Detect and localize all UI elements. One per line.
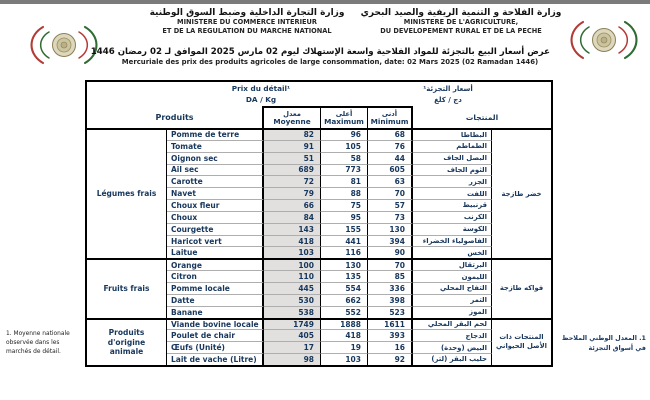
price-average: 98 <box>264 353 321 365</box>
price-average: 689 <box>264 164 321 176</box>
document-title-fr: Mercuriale des prix des produits agricol… <box>110 58 550 66</box>
ministry-commerce-name-ar: وزارة التجارة الداخلية وضبط السوق الوطني… <box>112 8 382 18</box>
price-maximum: 75 <box>321 199 368 211</box>
price-unit-ar-line1: أسعار التجزئة¹ <box>403 84 493 95</box>
ministry-commerce-block: وزارة التجارة الداخلية وضبط السوق الوطني… <box>112 8 382 35</box>
document-root: { "page": { "accent_navy": "#17375d", "t… <box>0 0 650 400</box>
price-maximum: 441 <box>321 235 368 247</box>
price-minimum: 63 <box>368 175 413 187</box>
product-name-fr: Choux fleur <box>167 199 264 211</box>
product-name-fr: Banane <box>167 306 264 318</box>
price-table: Prix du détail¹ DA / Kg أسعار التجزئة¹ د… <box>85 80 553 367</box>
price-maximum: 88 <box>321 187 368 199</box>
product-name-ar: حليب البقر (لتر) <box>413 353 492 365</box>
price-maximum: 552 <box>321 306 368 318</box>
product-name-ar: البطاطا <box>413 128 492 140</box>
product-name-ar: التمر <box>413 294 492 306</box>
price-maximum: 773 <box>321 164 368 176</box>
price-average: 405 <box>264 329 321 341</box>
price-minimum: 523 <box>368 306 413 318</box>
price-average: 72 <box>264 175 321 187</box>
price-average: 66 <box>264 199 321 211</box>
ministry-agriculture-name-fr-line2: DU DEVELOPEMENT RURAL ET DE LA PECHE <box>352 27 570 36</box>
product-name-ar: الدجاج <box>413 329 492 341</box>
category-label-fr: Fruits frais <box>87 258 167 317</box>
product-name-fr: Choux <box>167 211 264 223</box>
price-unit-ar: أسعار التجزئة¹ دج / كلغ <box>403 84 493 105</box>
price-minimum: 398 <box>368 294 413 306</box>
price-minimum: 394 <box>368 235 413 247</box>
column-header-minimum: أدنى Minimum <box>368 106 413 128</box>
price-maximum: 418 <box>321 329 368 341</box>
product-name-ar: الكرنب <box>413 211 492 223</box>
product-name-fr: Datte <box>167 294 264 306</box>
price-maximum: 105 <box>321 140 368 152</box>
price-average: 1749 <box>264 318 321 330</box>
product-name-ar: اللفت <box>413 187 492 199</box>
price-average: 17 <box>264 341 321 353</box>
column-header-maximum: أعلى Maximum <box>321 106 368 128</box>
price-minimum: 68 <box>368 128 413 140</box>
price-minimum: 70 <box>368 187 413 199</box>
product-name-fr: Haricot vert <box>167 235 264 247</box>
product-name-fr: Tomate <box>167 140 264 152</box>
price-maximum: 116 <box>321 246 368 258</box>
column-header-maximum-fr: Maximum <box>324 118 364 127</box>
product-name-ar: البرتقال <box>413 258 492 270</box>
category-label-ar: المنتجات ذات الأصل الحيواني <box>492 318 551 365</box>
price-maximum: 135 <box>321 270 368 282</box>
price-maximum: 130 <box>321 258 368 270</box>
product-name-ar: الموز <box>413 306 492 318</box>
document-title: عرض أسعار البيع بالتجزئة للمواد الفلاحية… <box>110 47 550 66</box>
product-name-fr: Pomme locale <box>167 282 264 294</box>
column-header-minimum-fr: Minimum <box>371 118 409 127</box>
price-minimum: 130 <box>368 223 413 235</box>
price-minimum: 393 <box>368 329 413 341</box>
price-average: 110 <box>264 270 321 282</box>
price-maximum: 1888 <box>321 318 368 330</box>
price-minimum: 90 <box>368 246 413 258</box>
product-name-fr: Lait de vache (Litre) <box>167 353 264 365</box>
price-minimum: 16 <box>368 341 413 353</box>
product-name-ar: الجزر <box>413 175 492 187</box>
price-minimum: 44 <box>368 152 413 164</box>
ministry-commerce-name-fr-line1: MINISTERE DU COMMERCE INTERIEUR <box>112 18 382 27</box>
ministry-agriculture-name-ar: وزارة الفلاحة و التنمية الريفية والصيد ا… <box>352 8 570 18</box>
price-maximum: 58 <box>321 152 368 164</box>
product-name-fr: Carotte <box>167 175 264 187</box>
ministry-agriculture-name-fr-line1: MINISTERE DE L'AGRICULTURE, <box>352 18 570 27</box>
price-unit-fr-line1: Prix du détail¹ <box>216 84 306 95</box>
product-name-ar: الطماطم <box>413 140 492 152</box>
product-name-fr: Poulet de chair <box>167 329 264 341</box>
price-unit-fr: Prix du détail¹ DA / Kg <box>216 84 306 106</box>
price-maximum: 95 <box>321 211 368 223</box>
product-name-ar: الثوم الجاف <box>413 164 492 176</box>
price-minimum: 70 <box>368 258 413 270</box>
price-maximum: 103 <box>321 353 368 365</box>
price-average: 445 <box>264 282 321 294</box>
product-name-fr: Orange <box>167 258 264 270</box>
product-name-fr: Citron <box>167 270 264 282</box>
price-average: 143 <box>264 223 321 235</box>
footnote-ar: 1. المعدل الوطني الملاحظ في أسواق التجزئ… <box>556 333 646 354</box>
column-header-moyenne-fr: Moyenne <box>273 118 310 127</box>
price-unit-header-row: Prix du détail¹ DA / Kg أسعار التجزئة¹ د… <box>87 82 551 106</box>
price-maximum: 81 <box>321 175 368 187</box>
price-minimum: 1611 <box>368 318 413 330</box>
price-minimum: 85 <box>368 270 413 282</box>
price-minimum: 336 <box>368 282 413 294</box>
product-name-ar: البيض (وحدة) <box>413 341 492 353</box>
price-maximum: 19 <box>321 341 368 353</box>
category-label-fr: Produits d'origine animale <box>87 318 167 365</box>
product-name-ar: قرنبيط <box>413 199 492 211</box>
price-average: 100 <box>264 258 321 270</box>
footnote-fr: 1. Moyenne nationale observée dans les m… <box>6 330 84 357</box>
product-name-ar: الليمون <box>413 270 492 282</box>
price-unit-fr-line2: DA / Kg <box>216 95 306 106</box>
ministry-commerce-name-fr-line2: ET DE LA REGULATION DU MARCHE NATIONAL <box>112 27 382 36</box>
ministry-agriculture-block: وزارة الفلاحة و التنمية الريفية والصيد ا… <box>352 8 570 35</box>
product-name-ar: التفاح المحلي <box>413 282 492 294</box>
category-label-ar: خضر طازجة <box>492 128 551 258</box>
product-name-fr: Ail sec <box>167 164 264 176</box>
product-name-fr: Oignon sec <box>167 152 264 164</box>
product-name-ar: الكوسة <box>413 223 492 235</box>
price-average: 418 <box>264 235 321 247</box>
right-state-seal-icon <box>566 14 642 70</box>
price-minimum: 92 <box>368 353 413 365</box>
price-average: 91 <box>264 140 321 152</box>
price-minimum: 605 <box>368 164 413 176</box>
product-name-fr: Laitue <box>167 246 264 258</box>
column-header-produits-ar: المنتجات <box>413 106 551 128</box>
price-average: 82 <box>264 128 321 140</box>
price-minimum: 73 <box>368 211 413 223</box>
product-name-ar: الفاصولياء الخضراء <box>413 235 492 247</box>
category-label-fr: Légumes frais <box>87 128 167 258</box>
price-average: 51 <box>264 152 321 164</box>
product-name-ar: لحم البقر المحلي <box>413 318 492 330</box>
column-header-produits-fr: Produits <box>87 106 264 128</box>
price-average: 79 <box>264 187 321 199</box>
product-name-fr: Viande bovine locale <box>167 318 264 330</box>
product-name-ar: البصل الجاف <box>413 152 492 164</box>
product-name-fr: Œufs (Unité) <box>167 341 264 353</box>
price-average: 530 <box>264 294 321 306</box>
product-name-ar: الخس <box>413 246 492 258</box>
category-label-ar: فواكه طازجة <box>492 258 551 317</box>
column-header-moyenne: معدل Moyenne <box>264 106 321 128</box>
product-name-fr: Navet <box>167 187 264 199</box>
price-maximum: 96 <box>321 128 368 140</box>
price-maximum: 662 <box>321 294 368 306</box>
product-name-fr: Pomme de terre <box>167 128 264 140</box>
price-minimum: 76 <box>368 140 413 152</box>
price-average: 103 <box>264 246 321 258</box>
price-maximum: 155 <box>321 223 368 235</box>
page-top-strip <box>0 0 650 4</box>
price-minimum: 57 <box>368 199 413 211</box>
product-name-fr: Courgette <box>167 223 264 235</box>
price-average: 84 <box>264 211 321 223</box>
document-title-ar: عرض أسعار البيع بالتجزئة للمواد الفلاحية… <box>110 47 550 57</box>
price-maximum: 554 <box>321 282 368 294</box>
price-unit-ar-line2: دج / كلغ <box>403 95 493 106</box>
price-average: 538 <box>264 306 321 318</box>
